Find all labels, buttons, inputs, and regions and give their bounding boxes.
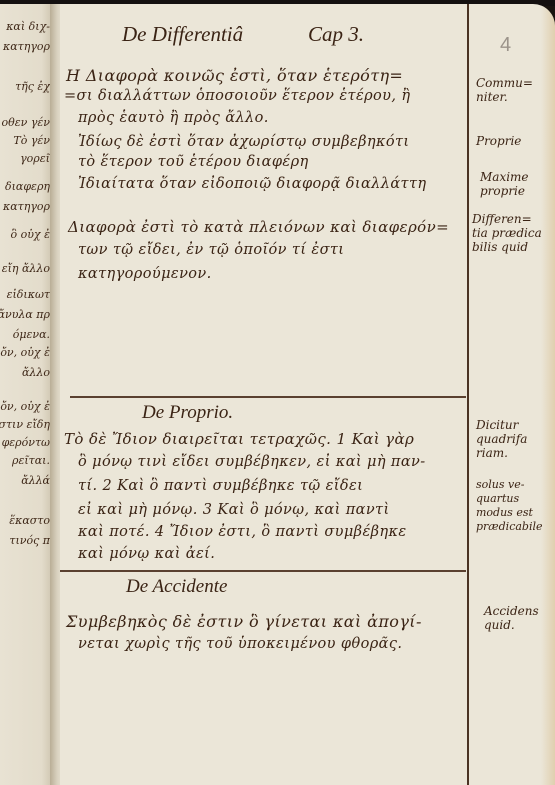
facing-text-line: εἴη ἄλλο [2,262,50,275]
facing-page-fragment: καὶ διχ- κατηγορ τῆς ἐχ οθεν γέν Τὸ γέν … [0,4,52,785]
margin-note: solus ve- quartus modus est prædicabile [476,478,543,534]
margin-note: Dicitur quadrifa riam. [476,418,527,460]
text-line: Ἰδίως δὲ ἐστὶ ὅταν ἀχωρίστῳ συμβεβηκότι [78,134,410,150]
facing-text-line: ἄνυλα πρ [0,308,50,321]
facing-text-line: ἐστιν εἴδη [0,418,50,431]
text-line: Συμβεβηκὸς δὲ ἐστιν ὃ γίνεται καὶ ἀπογί- [66,612,422,631]
facing-text-line: γορεῖ [20,152,50,165]
text-line: Ἰδιαίτατα ὅταν εἰδοποιῷ διαφορᾷ διαλλάττ… [78,176,426,192]
text-line: των τῷ εἴδει, ἐν τῷ ὁποῖόν τί ἐστι [78,242,344,258]
facing-text-line: κατηγορ [3,40,50,53]
facing-text-line: διαφερη [5,180,50,193]
margin-note: Maxime proprie [480,170,529,198]
text-line: Διαφορὰ ἐστὶ τὸ κατὰ πλειόνων καὶ διαφερ… [68,218,449,236]
facing-text-line: φερόντω [2,436,50,449]
facing-text-line: καὶ διχ- [6,20,50,33]
section-heading-accidente: De Accidente [126,576,227,598]
text-line: κατηγορούμενον. [78,266,212,282]
section-heading-proprio: De Proprio. [142,402,233,424]
text-line: πρὸς ἑαυτὸ ἢ πρὸς ἄλλο. [78,110,269,126]
text-line: καὶ μόνῳ καὶ ἀεί. [78,546,215,562]
facing-text-line: οθεν γέν [2,116,51,129]
text-line: καὶ ποτέ. 4 Ἴδιον ἐστι, ὃ παντὶ συμβέβηκ… [78,524,407,540]
text-line: τί. 2 Καὶ ὃ παντὶ συμβέβηκε τῷ εἴδει [78,478,363,494]
margin-note: Accidens quid. [484,604,539,632]
text-line: =σι διαλλάττων ὁποσοιοῦν ἕτερον ἑτέρου, … [64,88,411,104]
facing-text-line: όμενα. [13,328,50,341]
margin-note: Proprie [476,134,521,148]
facing-text-line: ὄν, οὐχ ἐ [0,400,50,413]
facing-text-line: τῆς ἐχ [15,80,50,93]
facing-text-line: ἄλλά [21,474,50,487]
facing-text-line: ἄλλο [22,366,50,379]
text-line: Τὸ δὲ Ἴδιον διαιρεῖται τετραχῶς. 1 Καὶ γ… [64,430,414,448]
text-line: νεται χωρὶς τῆς τοῦ ὑποκειμένου φθορᾶς. [78,636,402,652]
section-divider [70,396,466,398]
text-line: ὃ μόνῳ τινὶ εἴδει συμβέβηκεν, εἰ καὶ μὴ … [78,454,426,470]
text-line: Η Διαφορὰ κοινῶς ἐστὶ, ὅταν ἑτερότη= [66,66,403,85]
facing-text-line: κατηγορ [3,200,50,213]
manuscript-page: 4 De Differentiâ Cap 3. Η Διαφορὰ κοινῶς… [60,4,555,785]
facing-text-line: ἕκαστο [9,514,50,527]
section-divider [60,570,466,572]
text-line: εἰ καὶ μὴ μόνῳ. 3 Καὶ ὃ μόνῳ, καὶ παντὶ [78,502,390,518]
margin-note: Commu= niter. [476,76,533,104]
text-line: τὸ ἕτερον τοῦ ἑτέρου διαφέρη [78,154,309,170]
facing-text-line: Τὸ γέν [13,134,50,147]
margin-note: Differen= tia prædica bilis quid [472,212,542,254]
margin-rule [467,4,469,785]
facing-text-line: τινός π [9,534,50,547]
facing-text-line: ὃ οὐχ ἐ [11,228,51,241]
facing-text-line: ρεῖται. [12,454,50,467]
folio-number: 4 [500,34,511,57]
facing-text-line: ὄν, οὐχ ἐ [0,346,50,359]
chapter-number: Cap 3. [308,22,364,47]
chapter-title: De Differentiâ [122,22,243,47]
facing-text-line: εἰδικωτ [7,288,50,301]
